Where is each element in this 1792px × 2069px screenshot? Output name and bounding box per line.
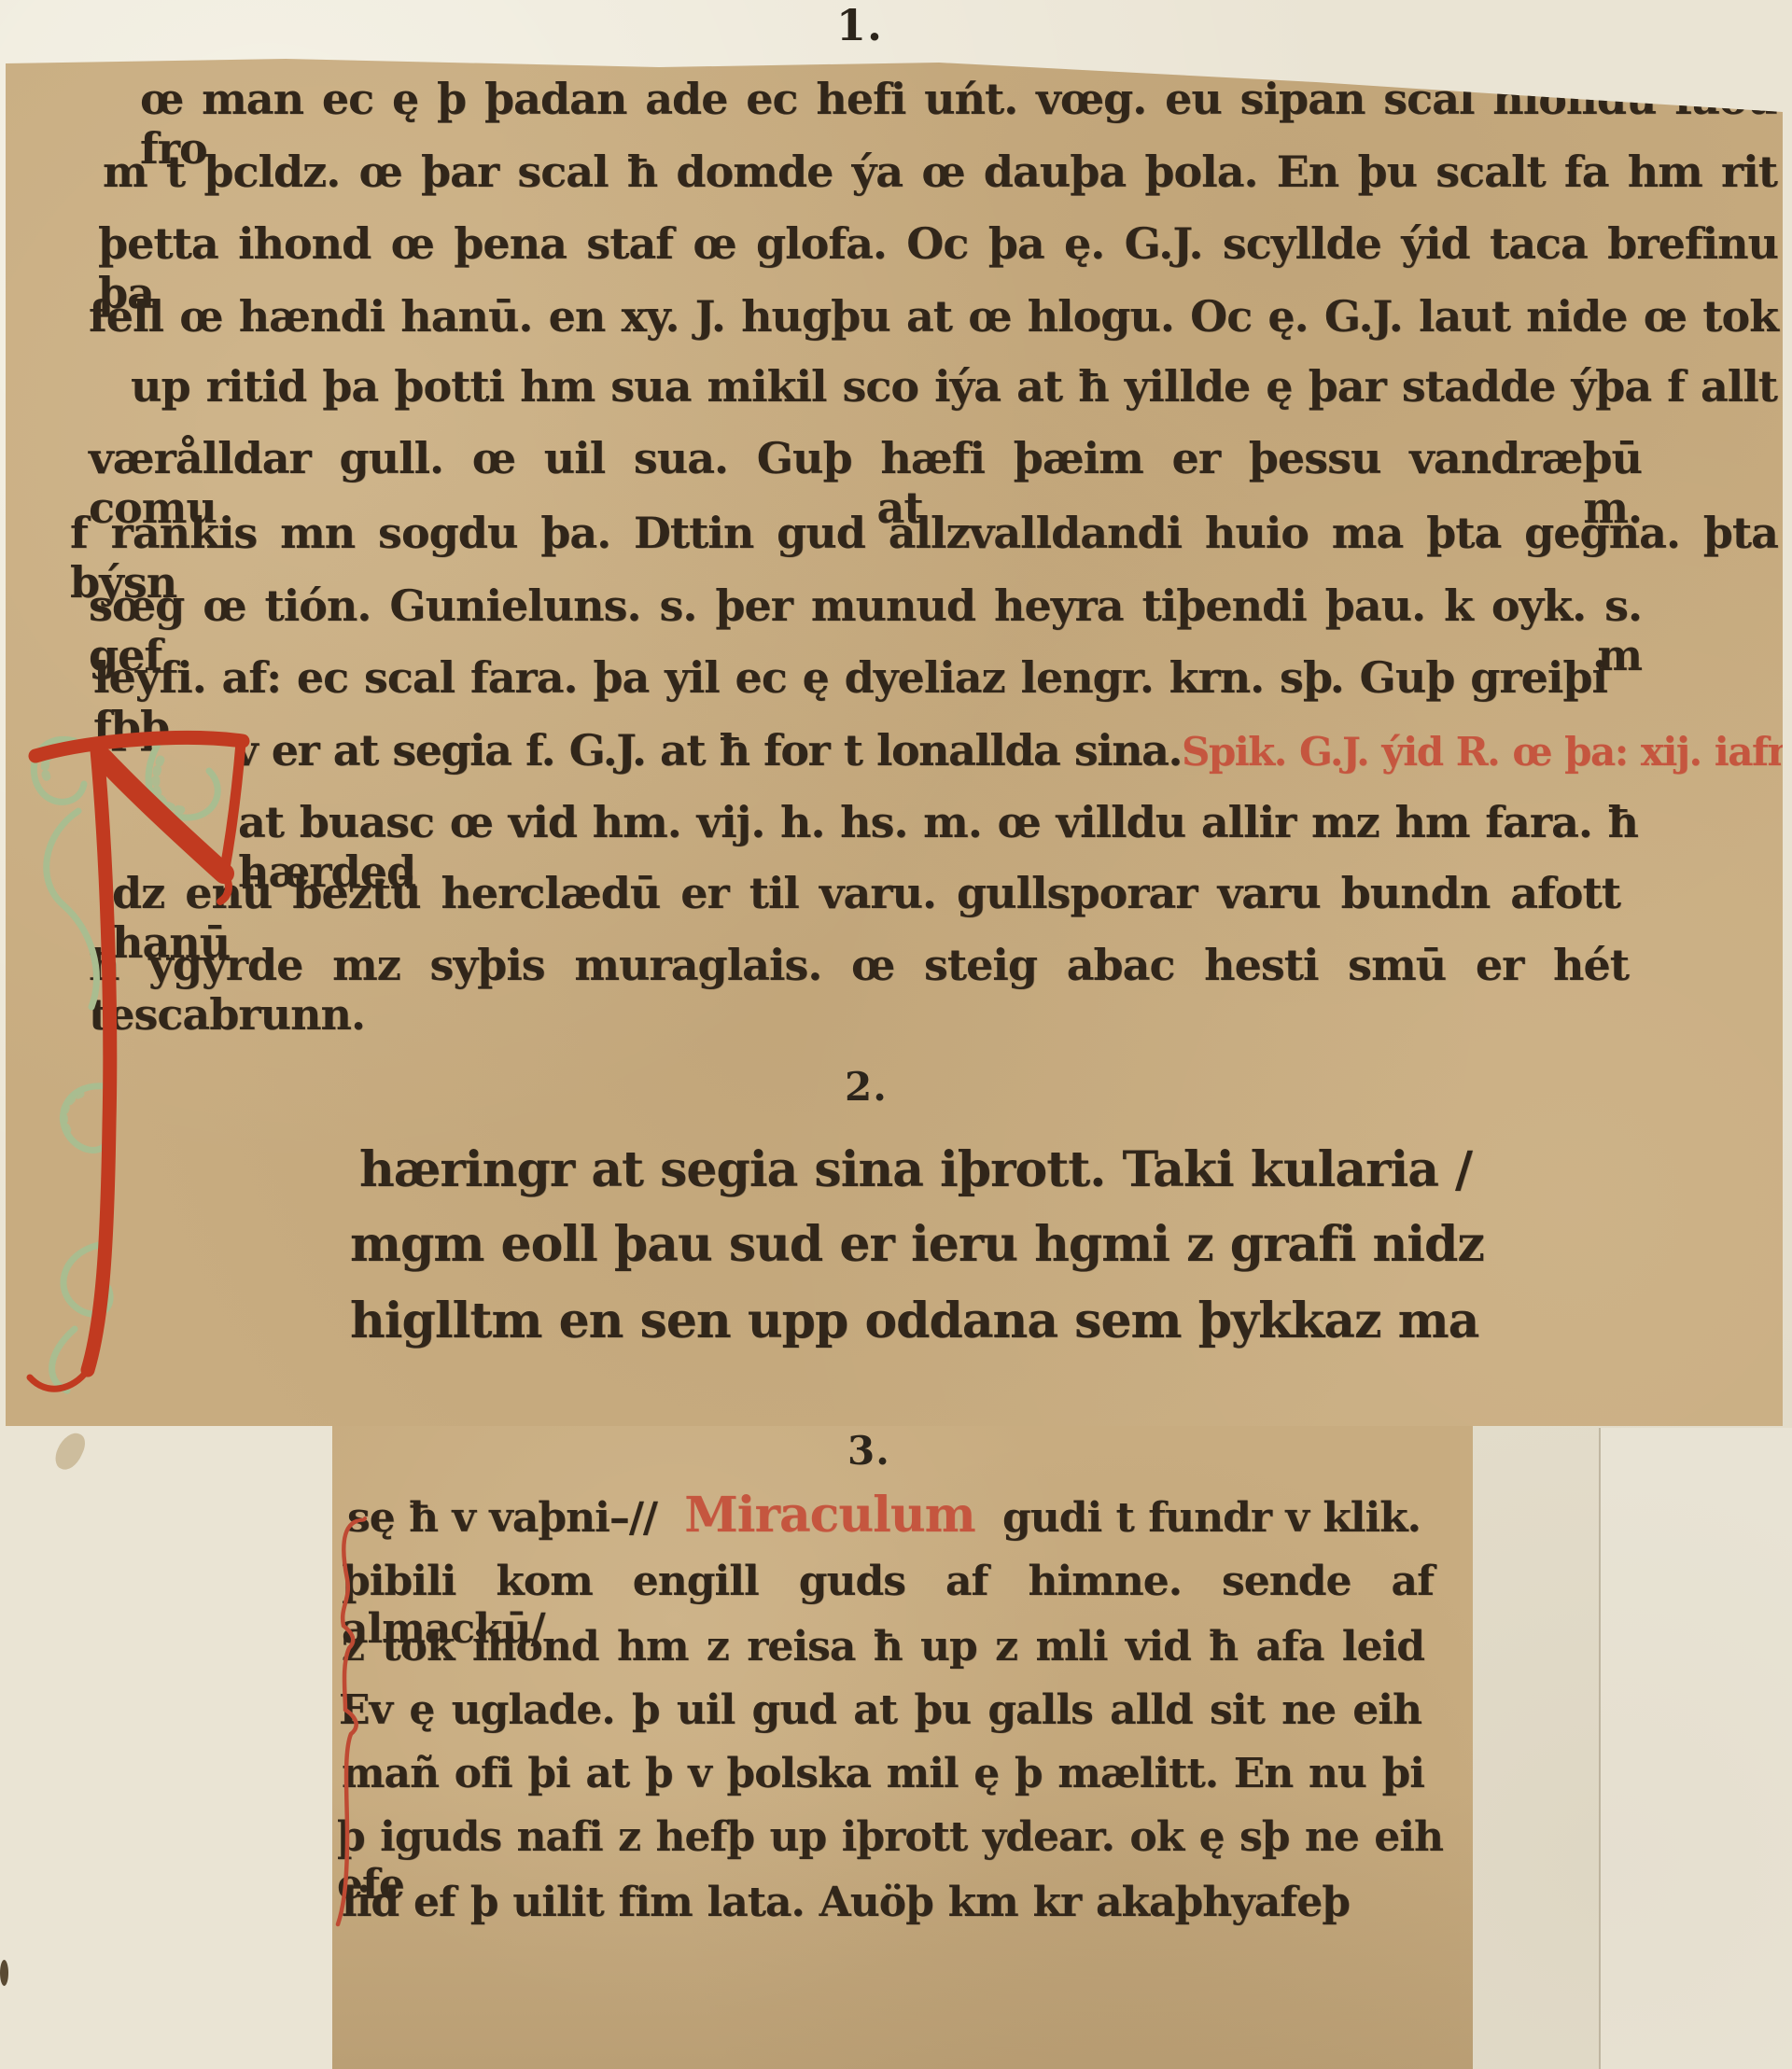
manuscript-fragment-2: 3. sę ħ v vaþni–// Miraculum gudi t fund…	[332, 1426, 1473, 2069]
initial-letter-n	[19, 722, 252, 1413]
rubric-bracket	[329, 1517, 366, 1928]
manuscript-line: mgm eoll þau sud er ieru hgmi z grafi ni…	[350, 1217, 1484, 1273]
manuscript-line: lid ef þ uilit fim lata. Auöþ km kr akaþ…	[342, 1880, 1350, 1927]
manuscript-line: fell œ hændi hanū. en xy. J. hugþu at œ …	[89, 292, 1778, 342]
manuscript-line-black-segment: gudi t fundr v klik.	[1002, 1495, 1421, 1543]
manuscript-line: Ev ę uglade. þ uil gud at þu galls alld …	[339, 1687, 1421, 1735]
plate-page: 1. œ man ec ę þ þadan ade ec hefi uńt. v…	[0, 0, 1792, 2069]
manuscript-line: up ritid þa þotti hm sua mikil sco iýa a…	[131, 362, 1777, 412]
paper-fiber-remnant	[51, 1429, 90, 1475]
manuscript-line: hæringr at segia sina iþrott. Taki kular…	[359, 1142, 1472, 1198]
manuscript-line-with-rubric: v er at segia f. G.J. at ħ for t lonalld…	[233, 726, 1788, 776]
manuscript-line-with-rubric: sę ħ v vaþni–// Miraculum gudi t fundr v…	[347, 1488, 1421, 1544]
section-2-number: 2.	[845, 1064, 888, 1110]
manuscript-line: higlltm en sen upp oddana sem þykkaz ma	[350, 1293, 1478, 1349]
manuscript-line-black-segment: v er at segia f. G.J. at ħ for t lonalld…	[233, 726, 1182, 776]
manuscript-line: m t þcldz. œ þar scal ħ domde ýa œ dauþa…	[103, 147, 1777, 197]
edge-speck	[0, 1960, 8, 1986]
rubric-word-miraculum: Miraculum	[684, 1488, 974, 1544]
section-1-number: 1.	[836, 0, 883, 50]
mount-edge-strip	[1601, 1428, 1792, 2069]
section-3-number: 3.	[847, 1428, 890, 1474]
manuscript-line: mañ ofi þi at þ v þolska mil ę þ mælitt.…	[342, 1751, 1424, 1798]
manuscript-line-black-segment: sę ħ v vaþni–//	[347, 1495, 657, 1543]
manuscript-fragment-1: œ man ec ę þ þadan ade ec hefi uńt. vœg.…	[6, 54, 1783, 1426]
rubric-marginal-note: Spik. G.J. ýid R. œ þa: xij. iafn	[1182, 730, 1792, 775]
manuscript-line: ħ ygyrde mz syþis muraglais. œ steig aba…	[89, 941, 1629, 1040]
manuscript-line: z tok ihond hm z reisa ħ up z mli vid ħ …	[342, 1624, 1424, 1671]
